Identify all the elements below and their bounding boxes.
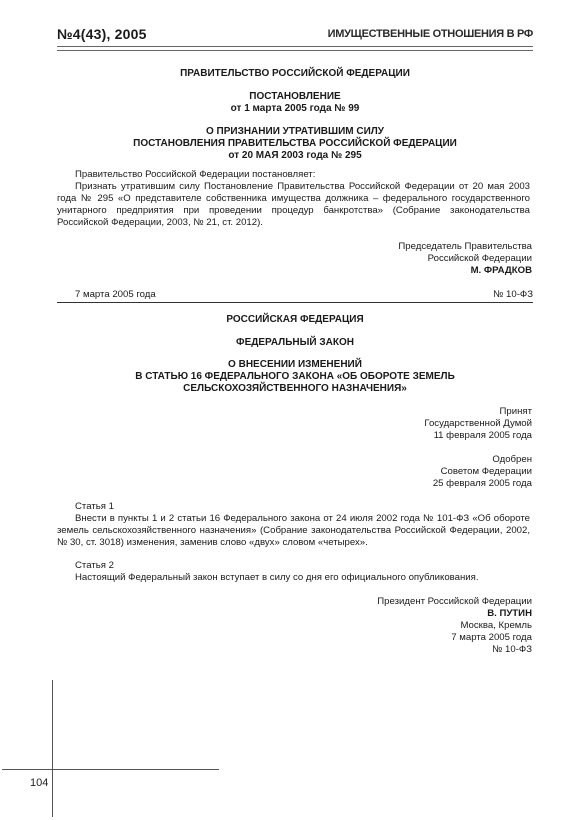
header-double-rule	[57, 46, 533, 51]
decree-type: ПОСТАНОВЛЕНИЕ	[57, 91, 533, 103]
adopted-body: Государственной Думой	[424, 418, 532, 430]
signature-place: Москва, Кремль	[377, 620, 532, 632]
article-text: Настоящий Федеральный закон вступает в с…	[57, 572, 530, 584]
signature-position: Президент Российской Федерации	[377, 596, 532, 608]
law-signature: Президент Российской Федерации В. ПУТИН …	[377, 596, 532, 656]
journal-title: ИМУЩЕСТВЕННЫЕ ОТНОШЕНИЯ В РФ	[328, 28, 533, 40]
signature-name: В. ПУТИН	[377, 608, 532, 620]
law-type: ФЕДЕРАЛЬНЫЙ ЗАКОН	[57, 337, 533, 349]
law-title-line: СЕЛЬСКОХОЗЯЙСТВЕННОГО НАЗНАЧЕНИЯ»	[57, 383, 533, 395]
signature-number: № 10-ФЗ	[377, 644, 532, 656]
decree-title-line: от 20 МАЯ 2003 года № 295	[57, 150, 533, 162]
law-state: РОССИЙСКАЯ ФЕДЕРАЦИЯ	[57, 314, 533, 326]
decree-title-line: О ПРИЗНАНИИ УТРАТИВШИМ СИЛУ	[57, 126, 533, 138]
law-title: О ВНЕСЕНИИ ИЗМЕНЕНИЙ В СТАТЬЮ 16 ФЕДЕРАЛ…	[57, 359, 533, 395]
law-article-1: Статья 1 Внести в пункты 1 и 2 статьи 16…	[57, 501, 530, 549]
article-heading: Статья 1	[57, 501, 530, 513]
decree-paragraph: Правительство Российской Федерации поста…	[57, 169, 530, 181]
law-title-line: В СТАТЬЮ 16 ФЕДЕРАЛЬНОГО ЗАКОНА «ОБ ОБОР…	[57, 371, 533, 383]
decree-title-line: ПОСТАНОВЛЕНИЯ ПРАВИТЕЛЬСТВА РОССИЙСКОЙ Ф…	[57, 138, 533, 150]
decree-paragraph: Признать утратившим силу Постановление П…	[57, 181, 530, 229]
footer-horizontal-rule	[2, 769, 219, 770]
article-text: Внести в пункты 1 и 2 статьи 16 Федераль…	[57, 513, 530, 549]
issue-number: №4(43), 2005	[57, 26, 147, 42]
adopted-label: Принят	[424, 406, 532, 418]
law-article-2: Статья 2 Настоящий Федеральный закон вст…	[57, 560, 530, 584]
signature-position: Российской Федерации	[398, 253, 532, 265]
law-adopted: Принят Государственной Думой 11 февраля …	[424, 406, 532, 442]
decree-title: О ПРИЗНАНИИ УТРАТИВШИМ СИЛУ ПОСТАНОВЛЕНИ…	[57, 126, 533, 162]
decree-signature: Председатель Правительства Российской Фе…	[398, 241, 532, 277]
signature-name: М. ФРАДКОВ	[398, 265, 532, 277]
decree-body: Правительство Российской Федерации поста…	[57, 169, 530, 229]
page-number: 104	[30, 777, 48, 789]
law-approved: Одобрен Советом Федерации 25 февраля 200…	[433, 454, 532, 490]
article-heading: Статья 2	[57, 560, 530, 572]
approved-body: Советом Федерации	[433, 466, 532, 478]
signature-position: Председатель Правительства	[398, 241, 532, 253]
approved-date: 25 февраля 2005 года	[433, 478, 532, 490]
dateline-number: № 10-ФЗ	[493, 289, 533, 301]
dateline: 7 марта 2005 года № 10-ФЗ	[57, 289, 533, 303]
footer-vertical-rule	[52, 680, 53, 817]
adopted-date: 11 февраля 2005 года	[424, 430, 532, 442]
approved-label: Одобрен	[433, 454, 532, 466]
dateline-date: 7 марта 2005 года	[75, 289, 156, 300]
signature-date: 7 марта 2005 года	[377, 632, 532, 644]
decree-date-number: от 1 марта 2005 года № 99	[57, 103, 533, 115]
law-title-line: О ВНЕСЕНИИ ИЗМЕНЕНИЙ	[57, 359, 533, 371]
decree-authority: ПРАВИТЕЛЬСТВО РОССИЙСКОЙ ФЕДЕРАЦИИ	[57, 68, 533, 80]
